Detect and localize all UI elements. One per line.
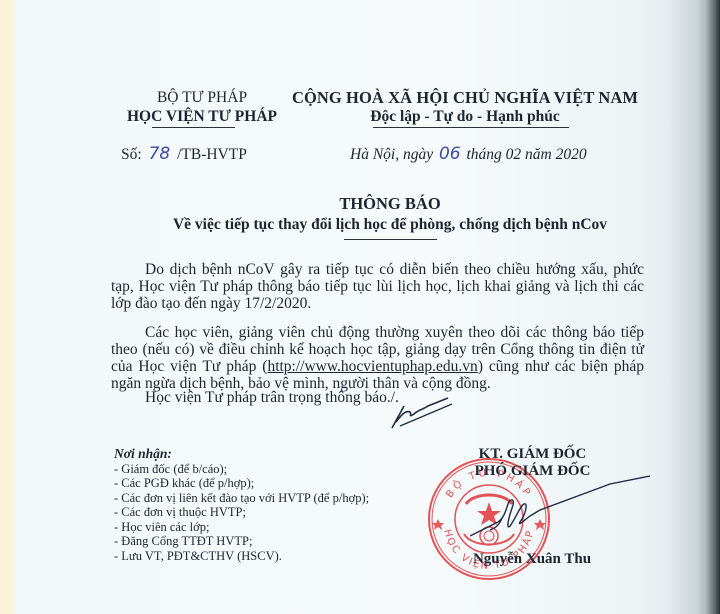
- recipient-item: - Học viên các lớp;: [114, 520, 369, 535]
- recipient-item: - Các PGĐ khác (để p/hợp);: [114, 476, 369, 491]
- doc-number-handwritten: 78: [146, 144, 174, 164]
- date-day-handwritten: 06: [437, 144, 463, 164]
- page-binding-shadow: [696, 0, 720, 614]
- signer-name: Nguyễn Xuân Thu: [457, 551, 607, 568]
- paragraph-line: của Học viện Tư pháp (http://www.hocvien…: [111, 358, 644, 375]
- org-underline: [152, 127, 235, 128]
- ministry-name: BỘ TƯ PHÁP: [112, 88, 292, 107]
- recipients-heading: Nơi nhận:: [114, 447, 369, 462]
- recipient-item: - Các đơn vị liên kết đào tạo với HVTP (…: [114, 491, 369, 506]
- recipient-item: - Các đơn vị thuộc HVTP;: [114, 505, 369, 520]
- website-link[interactable]: http://www.hocvientuphap.edu.vn: [267, 358, 477, 375]
- subtitle-underline: [344, 239, 437, 240]
- motto-underline: [373, 127, 569, 128]
- document-subtitle: Về việc tiếp tục thay đổi lịch học để ph…: [140, 216, 640, 234]
- date-prefix: Hà Nội, ngày: [350, 146, 433, 163]
- date-suffix: tháng 02 năm 2020: [466, 146, 586, 163]
- document-number: Số: 78 /TB-HVTP: [121, 144, 247, 164]
- paragraph-line: lớp đào tạo đến ngày 17/2/2020.: [111, 295, 644, 312]
- recipient-item: - Đăng Cổng TTĐT HVTP;: [114, 534, 369, 549]
- recipient-item: - Lưu VT, PĐT&CTHV (HSCV).: [114, 549, 369, 564]
- national-title: CỘNG HOÀ XÃ HỘI CHỦ NGHĨA VIỆT NAM Độc l…: [290, 88, 640, 126]
- document-title: THÔNG BÁO: [140, 194, 640, 214]
- document-date: Hà Nội, ngày 06 tháng 02 năm 2020: [350, 144, 587, 164]
- recipients-list: Nơi nhận: - Giám đốc (để b/cáo); - Các P…: [114, 447, 369, 563]
- body-paragraph-2: Các học viên, giảng viên chủ động thường…: [111, 324, 644, 392]
- handwritten-signature-icon: [470, 470, 670, 550]
- paragraph-line: tạp, Học viện Tư pháp thông báo tiếp tục…: [111, 278, 644, 295]
- signer-title-line1: KT. GIÁM ĐỐC: [450, 446, 615, 463]
- recipient-item: - Giám đốc (để b/cáo);: [114, 462, 369, 477]
- paragraph-line: theo (nếu có) về điều chỉnh kế hoạch học…: [111, 341, 644, 358]
- text-fragment: ) cũng như các biện pháp: [478, 358, 644, 375]
- body-paragraph-1: Do dịch bệnh nCoV gây ra tiếp tục có diễ…: [111, 261, 644, 312]
- closing-line: Học viện Tư pháp trân trọng thông báo./.: [111, 389, 644, 406]
- organization-name: HỌC VIỆN TƯ PHÁP: [112, 107, 292, 126]
- paragraph-line: Các học viên, giảng viên chủ động thường…: [111, 324, 644, 341]
- doc-number-label: Số:: [121, 146, 142, 163]
- initial-signature-icon: [388, 392, 458, 432]
- closing-paragraph: Học viện Tư pháp trân trọng thông báo./.: [111, 389, 644, 406]
- paragraph-line: Do dịch bệnh nCoV gây ra tiếp tục có diễ…: [111, 261, 644, 278]
- national-motto: Độc lập - Tự do - Hạnh phúc: [290, 107, 640, 126]
- country-name: CỘNG HOÀ XÃ HỘI CHỦ NGHĨA VIỆT NAM: [290, 88, 640, 107]
- issuing-authority: BỘ TƯ PHÁP HỌC VIỆN TƯ PHÁP: [112, 88, 292, 126]
- doc-number-code: /TB-HVTP: [177, 146, 247, 163]
- text-fragment: của Học viện Tư pháp (: [111, 358, 267, 375]
